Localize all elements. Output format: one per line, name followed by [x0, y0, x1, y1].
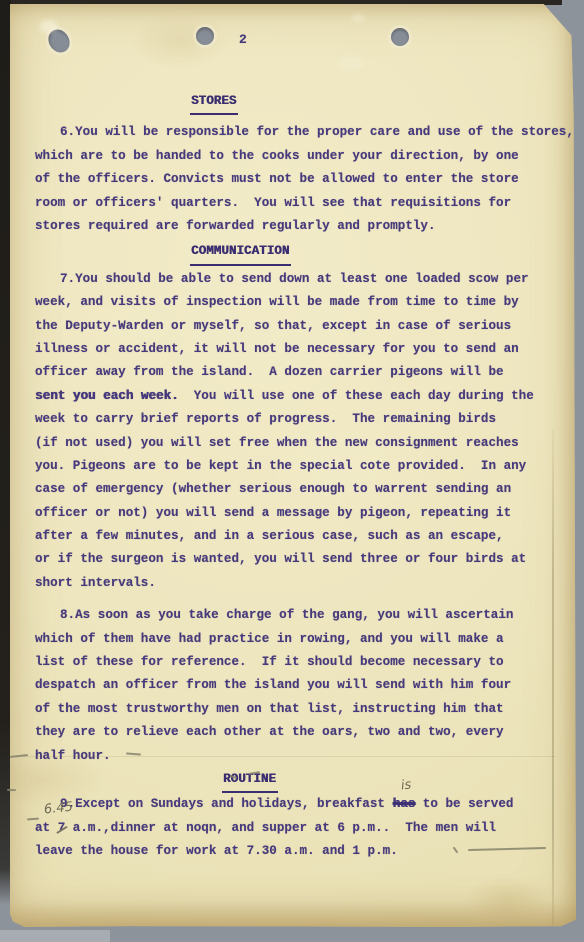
typed-line: 9.Except on Sundays and holidays, breakf…	[35, 793, 561, 816]
typed-segment: You will use one of these each day durin…	[179, 389, 534, 403]
typed-line: illness or accident, it will not be nece…	[35, 338, 561, 361]
section-heading-label: ROUTINE	[222, 768, 278, 793]
typed-line: or if the surgeon is wanted, you will se…	[35, 548, 561, 571]
para-7: 7.You should be able to send down at lea…	[35, 268, 561, 595]
typed-line: 6.You will be responsible for the proper…	[35, 121, 561, 144]
typed-line: of the officers. Convicts must not be al…	[35, 168, 561, 191]
scan-bottom-left-highlight	[0, 930, 110, 942]
typed-line: of the most trustworthy men on that list…	[35, 698, 561, 721]
typed-line: (if not used) you will set free when the…	[35, 432, 561, 455]
struck-text: 76.45	[58, 817, 66, 840]
typed-text: STORES6.You will be responsible for the …	[35, 90, 561, 864]
typed-line: list of these for reference. If it shoul…	[35, 651, 561, 674]
section-heading-label: STORES	[190, 90, 238, 115]
typed-line: case of emergency (whether serious enoug…	[35, 478, 561, 501]
para-6: 6.You will be responsible for the proper…	[35, 121, 561, 238]
typed-line: officer or not) you will send a message …	[35, 502, 561, 525]
typed-line: you. Pigeons are to be kept in the speci…	[35, 455, 561, 478]
handwritten-correction: is	[400, 779, 412, 794]
typed-line: 8.As soon as you take charge of the gang…	[35, 604, 561, 627]
typed-line: despatch an officer from the island you …	[35, 674, 561, 697]
typed-segment: leave the house for work at 7.30 a.m. an…	[35, 844, 398, 858]
scanned-document-page: 2 STORES6.You will be responsible for th…	[0, 0, 584, 942]
page-number: 2	[239, 32, 247, 47]
typed-line: short intervals.	[35, 572, 561, 595]
typed-line: the Deputy-Warden or myself, so that, ex…	[35, 315, 561, 338]
section-heading-stores: STORES	[190, 90, 561, 115]
typed-segment: 9.Except on Sundays and holidays, breakf…	[60, 797, 393, 811]
typed-line: they are to relieve each other at the oa…	[35, 721, 561, 744]
section-heading-communication: COMMUNICATION	[190, 240, 561, 265]
typed-line: leave the house for work at 7.30 a.m. an…	[35, 840, 561, 863]
typed-line: sent you each week. You will use one of …	[35, 385, 561, 408]
typed-segment: to be served	[415, 797, 513, 811]
typed-line: officer away from the island. A dozen ca…	[35, 361, 561, 384]
section-heading-label: COMMUNICATION	[190, 240, 291, 265]
struck-text: hasis	[393, 797, 416, 811]
typed-segment: sent you each week.	[35, 389, 179, 403]
typed-line: half hour.	[35, 745, 561, 768]
typed-line: 7.You should be able to send down at lea…	[35, 268, 561, 291]
paper-bottom-edge	[10, 901, 576, 927]
section-heading-routine: ROUTINE	[222, 768, 561, 793]
typed-line: which of them have had practice in rowin…	[35, 628, 561, 651]
typed-line: room or officers' quarters. You will see…	[35, 192, 561, 215]
para-9: 9.Except on Sundays and holidays, breakf…	[35, 793, 561, 863]
typed-line: after a few minutes, and in a serious ca…	[35, 525, 561, 548]
typed-line: which are to be handed to the cooks unde…	[35, 145, 561, 168]
typed-segment: a.m.,dinner at noqn, and supper at 6 p.m…	[65, 821, 496, 835]
typed-segment: at	[35, 821, 58, 835]
typed-line: stores required are forwarded regularly …	[35, 215, 561, 238]
para-8: 8.As soon as you take charge of the gang…	[35, 604, 561, 768]
typed-line: week to carry brief reports of progress.…	[35, 408, 561, 431]
typed-line: week, and visits of inspection will be m…	[35, 291, 561, 314]
scan-edge-left	[0, 0, 11, 905]
typed-line: at 76.45 a.m.,dinner at noqn, and supper…	[35, 817, 561, 840]
handwritten-correction: 6.45	[43, 800, 73, 817]
